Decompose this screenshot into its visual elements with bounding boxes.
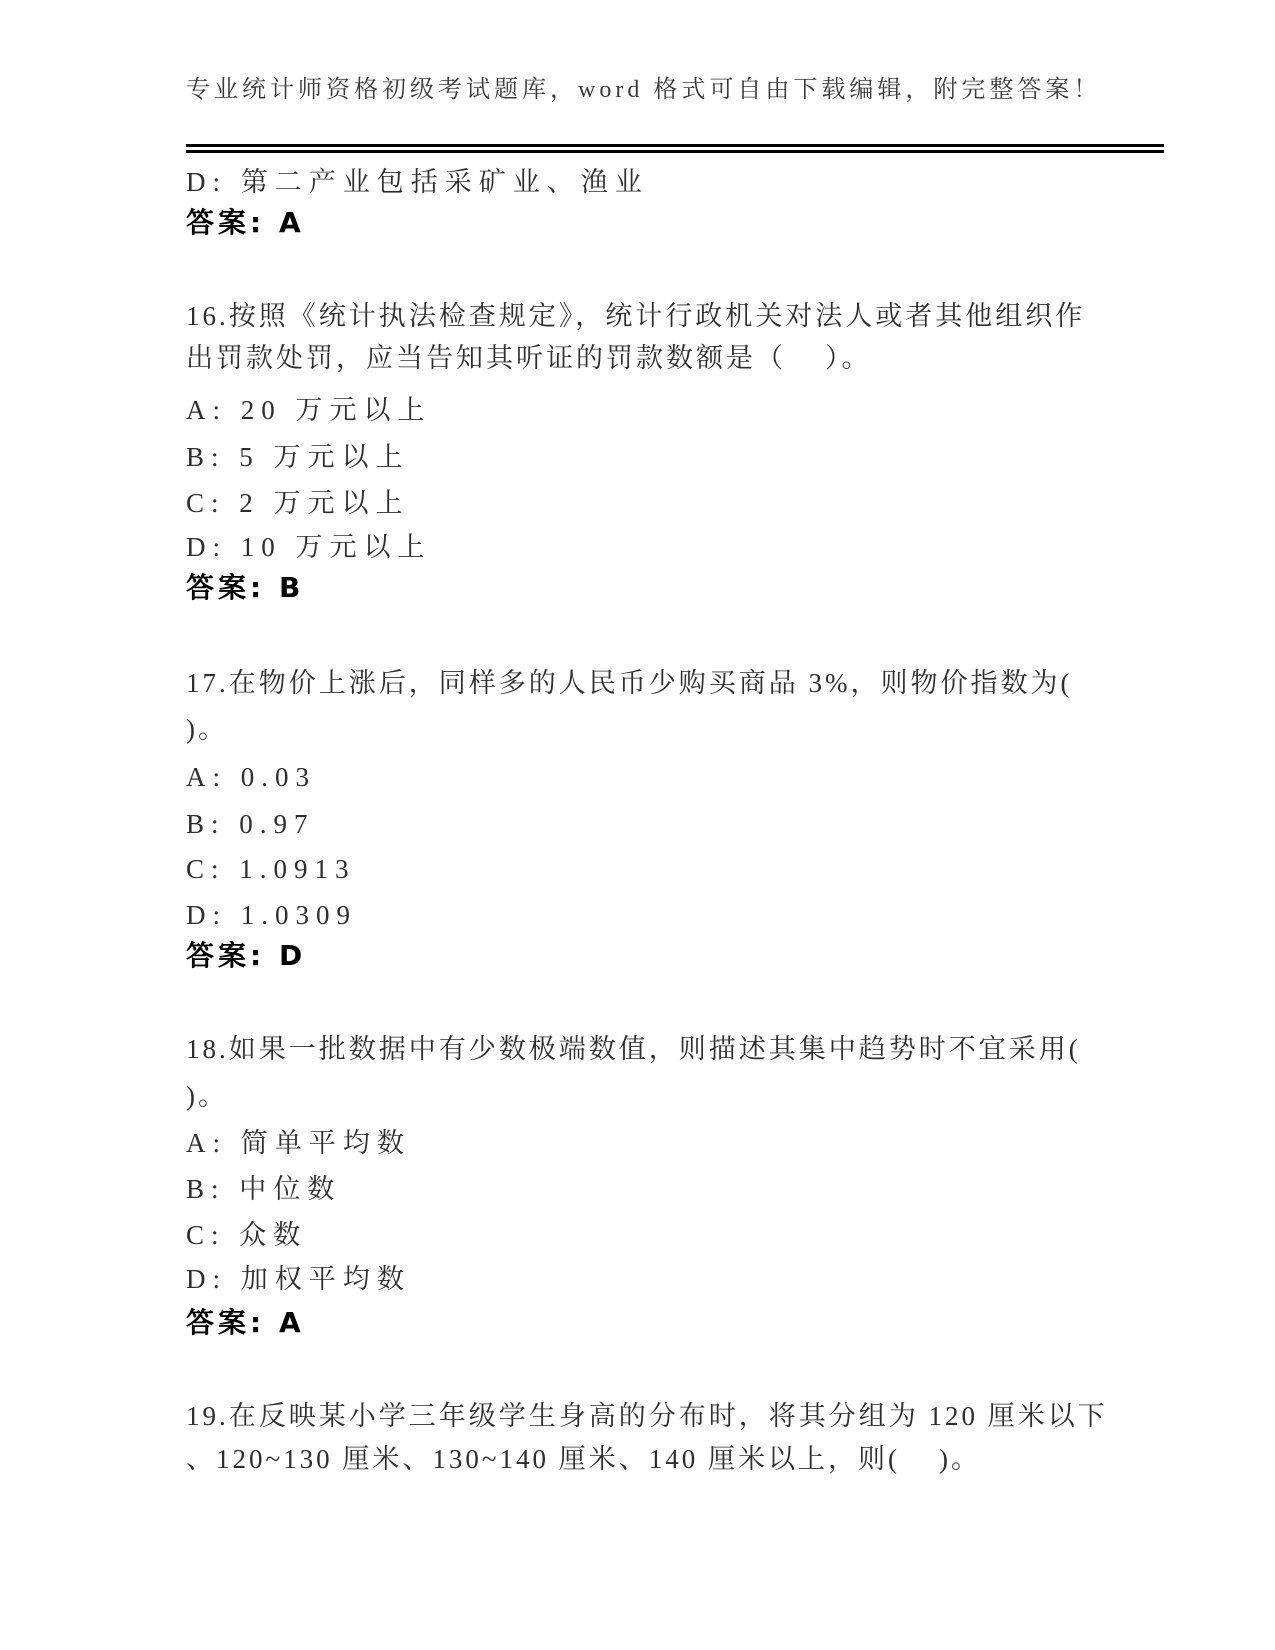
header-divider-rule xyxy=(186,144,1164,153)
question-19-stem-line-2: 、120~130 厘米、130~140 厘米、140 厘米以上，则( )。 xyxy=(186,1446,981,1473)
question-15-option-d: D: 第二产业包括采矿业、渔业 xyxy=(186,169,649,196)
question-19-stem-line-1: 19.在反映某小学三年级学生身高的分布时，将其分组为 120 厘米以下 xyxy=(186,1403,1108,1430)
question-16-option-a: A: 20 万元以上 xyxy=(186,397,432,424)
question-18-option-a: A: 简单平均数 xyxy=(186,1130,411,1157)
question-18-stem-line-1: 18.如果一批数据中有少数极端数值，则描述其集中趋势时不宜采用( xyxy=(186,1036,1081,1063)
question-15-answer: 答案: A xyxy=(186,209,305,237)
question-16-answer: 答案: B xyxy=(186,574,304,602)
question-16-option-c: C: 2 万元以上 xyxy=(186,490,410,517)
question-18-answer: 答案: A xyxy=(186,1309,305,1337)
question-18-option-b: B: 中位数 xyxy=(186,1176,341,1203)
question-16-stem-line-2: 出罚款处罚，应当告知其听证的罚款数额是（ ）。 xyxy=(186,345,872,372)
question-17-stem-line-1: 17.在物价上涨后，同样多的人民币少购买商品 3%，则物价指数为( xyxy=(186,670,1072,697)
question-16-option-d: D: 10 万元以上 xyxy=(186,534,432,561)
question-17-option-c: C: 1.0913 xyxy=(186,856,356,883)
question-18-option-c: C: 众数 xyxy=(186,1222,307,1249)
question-16-stem-line-1: 16.按照《统计执法检查规定》，统计行政机关对法人或者其他组织作 xyxy=(186,303,1085,330)
page-header: 专业统计师资格初级考试题库，word 格式可自由下载编辑，附完整答案！ xyxy=(186,78,1101,102)
question-17-option-d: D: 1.0309 xyxy=(186,902,357,929)
question-17-option-a: A: 0.03 xyxy=(186,764,316,791)
question-18-stem-line-2: )。 xyxy=(186,1083,228,1110)
question-17-stem-line-2: )。 xyxy=(186,716,228,743)
document-page: 专业统计师资格初级考试题库，word 格式可自由下载编辑，附完整答案！ D: 第… xyxy=(0,0,1275,1650)
question-17-option-b: B: 0.97 xyxy=(186,811,315,838)
question-17-answer: 答案: D xyxy=(186,942,306,970)
question-16-option-b: B: 5 万元以上 xyxy=(186,444,410,471)
question-18-option-d: D: 加权平均数 xyxy=(186,1266,411,1293)
